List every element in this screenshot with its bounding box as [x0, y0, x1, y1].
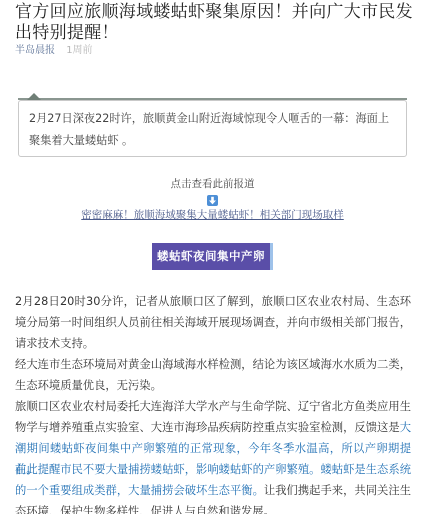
section-banner: 蝼蛄虾夜间集中产卵繁殖	[152, 243, 273, 270]
previous-report-link[interactable]: 密密麻麻！旅顺海域聚集大量蝼蛄虾！相关部门现场取样	[0, 207, 425, 223]
quote-pointer-icon	[27, 93, 41, 100]
paragraph-text: 2月28日20时30分许，记者从旅顺口区了解到，旅顺口区农业农村局、生态环境分局…	[15, 295, 411, 350]
paragraph-text: 经大连市生态环境局对黄金山海域海水样检测，结论为该区域海水水质为二类，生态环境质…	[15, 358, 411, 392]
article-meta: 半岛晨报 1周前	[15, 44, 93, 58]
quote-box: 2月27日深夜22时许，旅顺黄金山附近海域惊现令人咂舌的一幕：海面上聚集着大量蝼…	[18, 100, 407, 157]
paragraph-4: 在此提醒市民不要大量捕捞蝼蛄虾，影响蝼蛄虾的产卵繁殖。蝼蛄虾是生态系统的一个重要…	[15, 459, 411, 514]
quote-text: 2月27日深夜22时许，旅顺黄金山附近海域惊现令人咂舌的一幕：海面上聚集着大量蝼…	[29, 112, 389, 147]
paragraph-text: 旅顺口区农业农村局委托大连海洋大学水产与生命学院、辽宁省北方鱼类应用生物学与增养…	[15, 400, 411, 434]
article-source[interactable]: 半岛晨报	[15, 45, 55, 56]
article-title: 官方回应旅顺海域蝼蛄虾聚集原因！并向广大市民发出特别提醒！	[15, 2, 415, 44]
paragraph-1: 2月28日20时30分许，记者从旅顺口区了解到，旅顺口区农业农村局、生态环境分局…	[15, 291, 411, 354]
paragraph-2: 经大连市生态环境局对黄金山海域海水样检测，结论为该区域海水水质为二类，生态环境质…	[15, 354, 411, 396]
previous-report-label: 点击查看此前报道	[0, 176, 425, 192]
arrow-down-icon	[207, 195, 218, 206]
article-time: 1周前	[66, 45, 92, 56]
